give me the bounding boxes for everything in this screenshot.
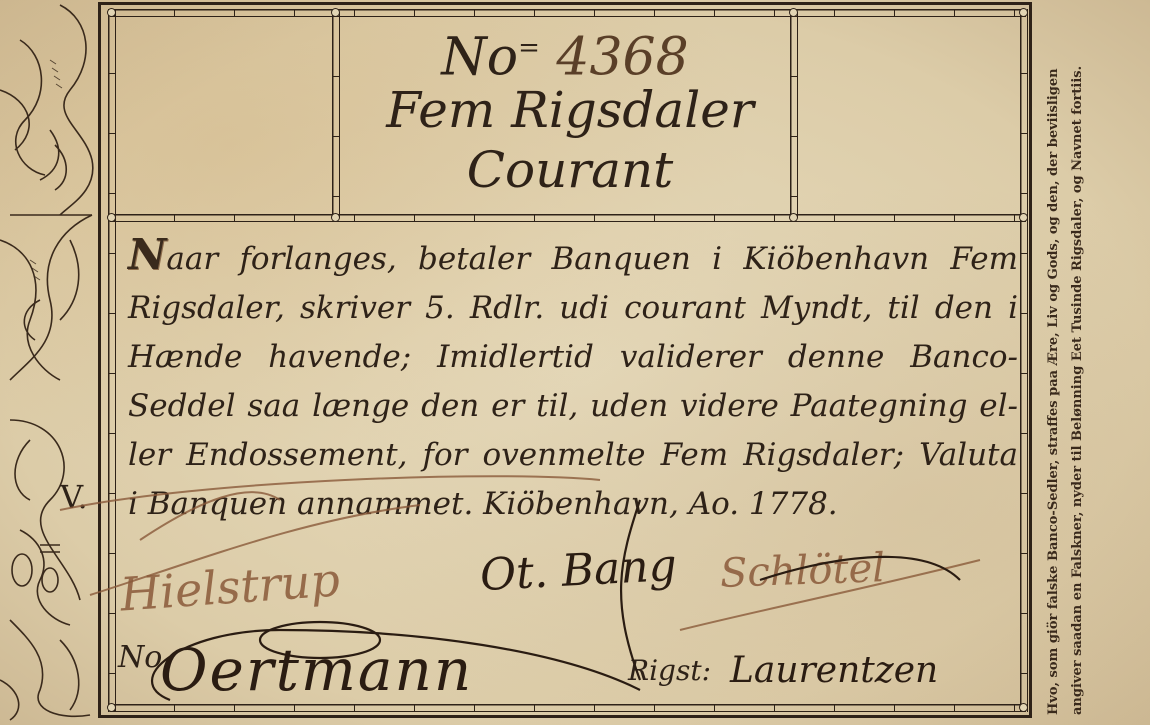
signature-flourishes-icon bbox=[0, 0, 1150, 725]
warning-line-1: Hvo, som giör falske Banco-Sedler, straf… bbox=[1042, 5, 1066, 715]
counterfeit-warning: Hvo, som giör falske Banco-Sedler, straf… bbox=[1042, 5, 1090, 715]
warning-line-2: angiver saadan en Falskner, nyder til Be… bbox=[1066, 5, 1090, 715]
banknote: No= 4368 Fem Rigsdaler Courant Naar forl… bbox=[0, 0, 1150, 725]
